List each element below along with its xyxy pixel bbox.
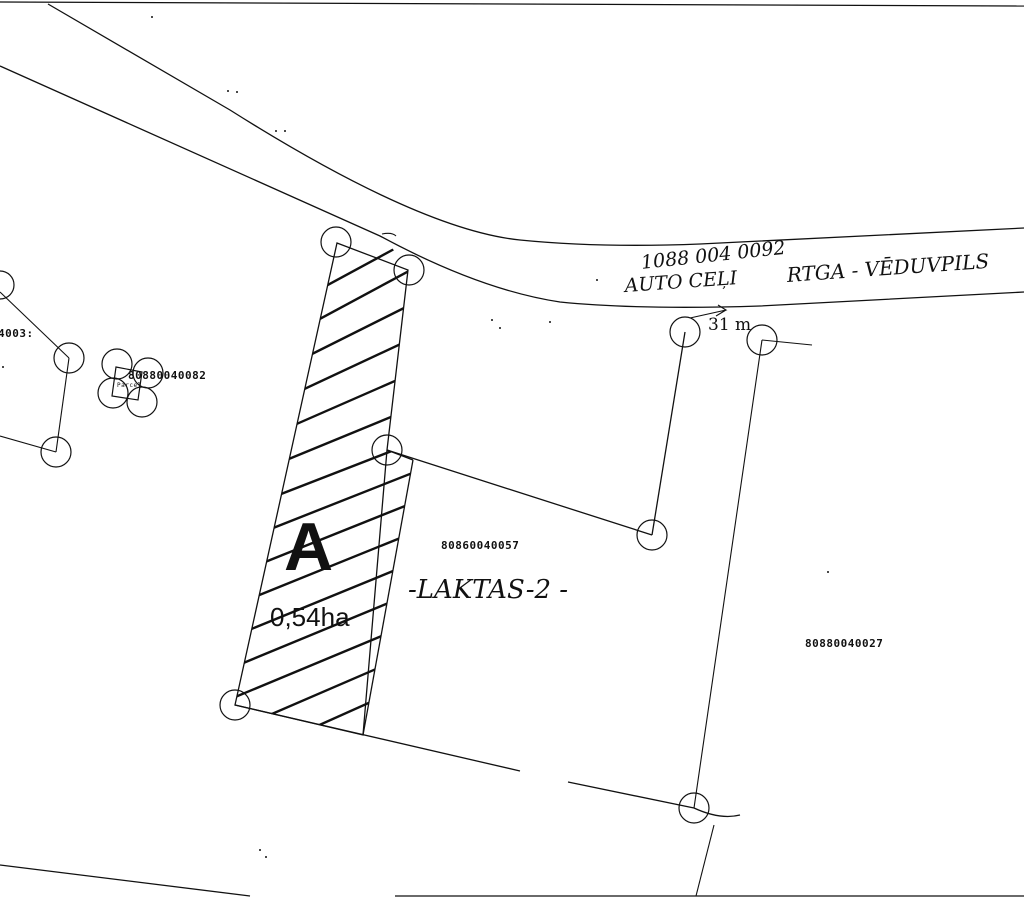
road-upper-edge bbox=[48, 4, 1024, 245]
plot-a-area: 0,54ha bbox=[270, 602, 350, 633]
parcel-057-south-boundary bbox=[387, 450, 652, 535]
plot-a-hatching bbox=[180, 235, 420, 775]
cadastral-map: 80860040057 80880040027 80880040082 4003… bbox=[0, 0, 1024, 898]
frame-top-line bbox=[0, 2, 1024, 6]
plot-a-east-boundary bbox=[363, 460, 413, 735]
southern-boundary-west bbox=[235, 705, 520, 771]
left-parcel-boundary-1 bbox=[0, 292, 69, 358]
parcel-left-label: 4003: bbox=[0, 327, 34, 340]
map-drawing bbox=[0, 0, 1024, 898]
building-label: Parcel bbox=[117, 382, 142, 389]
parcel-057-label: 80860040057 bbox=[441, 539, 519, 552]
parcel-027-label: 80880040027 bbox=[805, 637, 883, 650]
parcel-057-east-boundary bbox=[652, 332, 685, 535]
left-parcel-boundary-3 bbox=[0, 436, 56, 452]
parcel-027-west-boundary bbox=[694, 340, 762, 808]
frame-bottom-left-line bbox=[0, 865, 250, 896]
plot-a-letter: A bbox=[284, 513, 333, 581]
parcel-082-label: 80880040082 bbox=[128, 369, 206, 382]
dimension-label: 31 m bbox=[708, 315, 751, 335]
plot-name-label: -LAKTAS-2 - bbox=[408, 575, 568, 605]
southern-boundary-east bbox=[568, 782, 694, 808]
